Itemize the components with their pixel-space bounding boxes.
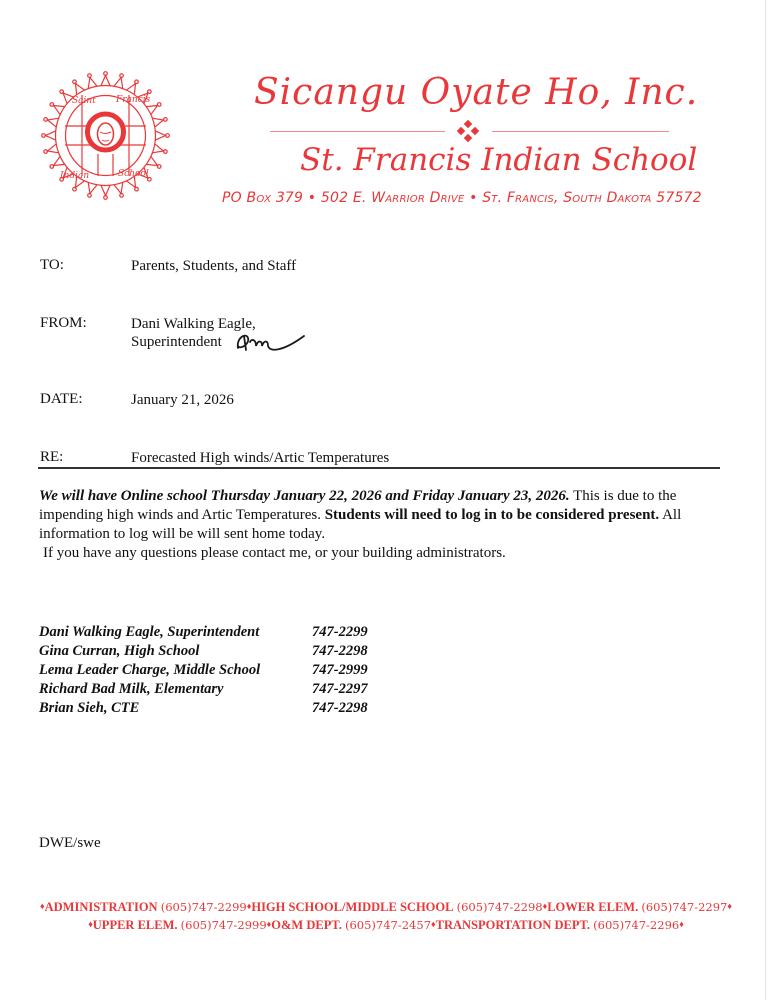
footer-line-2: ♦UPPER ELEM. (605)747-2999♦O&M DEPT. (60… [0, 916, 772, 934]
footer-phone: (605)747-2298 [457, 900, 543, 914]
contact-row: Lema Leader Charge, Middle School747-299… [39, 662, 399, 681]
re-label: RE: [40, 449, 63, 466]
contact-phone: 747-2298 [312, 700, 368, 717]
footer-phone: (605)747-2457 [345, 918, 431, 932]
footer-dept: HIGH SCHOOL/MIDDLE SCHOOL [251, 900, 453, 914]
contact-name: Brian Sieh, CTE [39, 700, 139, 717]
footer-directory: ♦ADMINISTRATION (605)747-2299♦HIGH SCHOO… [0, 898, 772, 934]
signature [232, 328, 307, 356]
from-title: Superintendent [131, 333, 222, 351]
divider-right [492, 131, 669, 132]
footer-line-1: ♦ADMINISTRATION (605)747-2299♦HIGH SCHOO… [0, 898, 772, 916]
contact-phone: 747-2297 [312, 681, 368, 698]
contact-phone: 747-2299 [312, 624, 368, 641]
body-paragraph-1: We will have Online school Thursday Janu… [39, 487, 729, 544]
contact-name: Richard Bad Milk, Elementary [39, 681, 224, 698]
announcement-text: We will have Online school Thursday Janu… [39, 488, 570, 504]
footer-phone: (605)747-2299 [161, 900, 247, 914]
seal-text-school: School [118, 169, 149, 179]
memo-body: We will have Online school Thursday Janu… [39, 487, 729, 563]
contact-name: Gina Curran, High School [39, 643, 199, 660]
footer-dept: TRANSPORTATION DEPT. [436, 918, 590, 932]
contact-row: Richard Bad Milk, Elementary747-2297 [39, 681, 399, 700]
contact-list: Dani Walking Eagle, Superintendent747-22… [39, 624, 399, 719]
seal-text-indian: Indian [59, 171, 89, 181]
footer-dept: LOWER ELEM. [547, 900, 638, 914]
school-name: St. Francis Indian School [300, 142, 640, 178]
footer-phone: (605)747-2297 [641, 900, 727, 914]
re-value: Forecasted High winds/Artic Temperatures [131, 449, 389, 467]
school-seal-logo: Saint Francis Indian School [38, 68, 173, 203]
organization-name: Sicangu Oyate Ho, Inc. [254, 72, 694, 113]
contact-phone: 747-2298 [312, 643, 368, 660]
footer-dept: O&M DEPT. [271, 918, 342, 932]
from-label: FROM: [40, 315, 87, 332]
to-value: Parents, Students, and Staff [131, 257, 296, 275]
attendance-notice: Students will need to log in to be consi… [325, 507, 659, 523]
seal-text-francis: Francis [115, 95, 151, 105]
address: PO Box 379 • 502 E. Warrior Drive • St. … [222, 190, 732, 206]
contact-row: Gina Curran, High School747-2298 [39, 643, 399, 662]
date-value: January 21, 2026 [131, 391, 234, 409]
footer-phone: (605)747-2296 [593, 918, 679, 932]
contact-row: Dani Walking Eagle, Superintendent747-22… [39, 624, 399, 643]
diamond-ornament-icon [456, 120, 480, 144]
diamond-bullet-icon: ♦ [679, 919, 684, 929]
seal-text-saint: Saint [72, 96, 96, 106]
body-paragraph-2: If you have any questions please contact… [39, 544, 729, 563]
typist-initials: DWE/swe [39, 835, 101, 852]
footer-phone: (605)747-2999 [181, 918, 267, 932]
divider-left [270, 131, 445, 132]
contact-phone: 747-2999 [312, 662, 368, 679]
contact-name: Lema Leader Charge, Middle School [39, 662, 260, 679]
page-edge [765, 0, 766, 1000]
diamond-bullet-icon: ♦ [727, 901, 732, 911]
header-rule [38, 467, 720, 469]
footer-dept: ADMINISTRATION [45, 900, 158, 914]
footer-dept: UPPER ELEM. [93, 918, 178, 932]
contact-name: Dani Walking Eagle, Superintendent [39, 624, 259, 641]
contact-row: Brian Sieh, CTE747-2298 [39, 700, 399, 719]
to-label: TO: [40, 257, 64, 274]
date-label: DATE: [40, 391, 83, 408]
